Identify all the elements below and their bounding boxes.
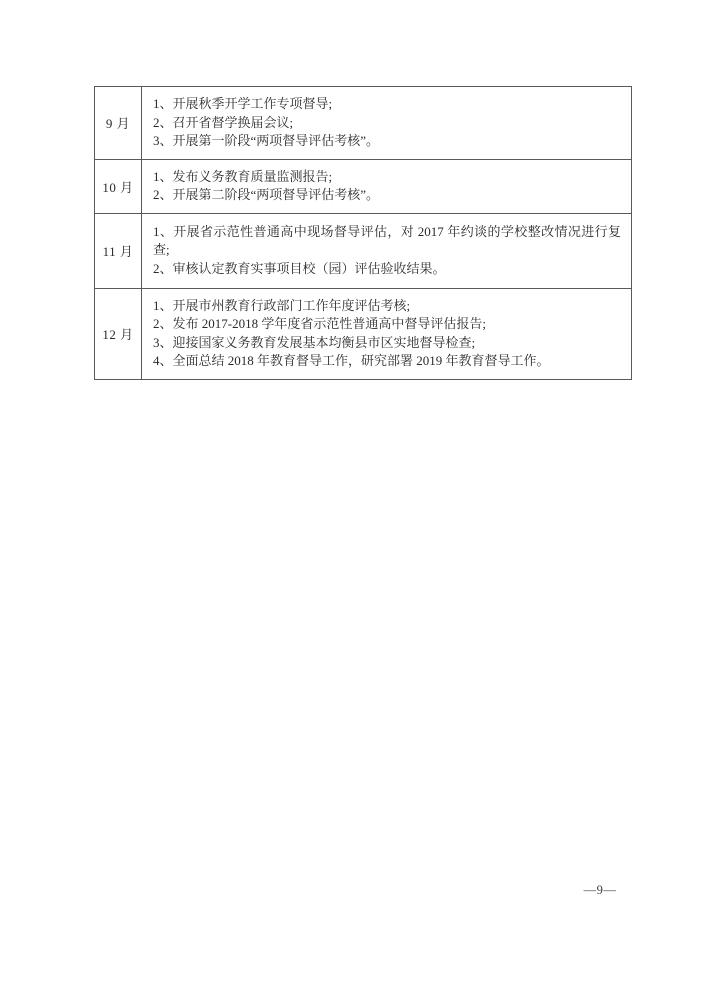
- task-item: 1、发布义务教育质量监测报告;: [153, 168, 621, 187]
- task-item: 1、开展省示范性普通高中现场督导评估，对 2017 年约谈的学校整改情况进行复查…: [153, 223, 621, 260]
- month-cell: 11 月: [95, 213, 142, 288]
- footer-page-number: —9—: [560, 883, 640, 898]
- table-row: 9 月1、开展秋季开学工作专项督导;2、召开省督学换届会议;3、开展第一阶段“两…: [95, 87, 632, 160]
- month-cell: 12 月: [95, 288, 142, 379]
- table-row: 11 月1、开展省示范性普通高中现场督导评估，对 2017 年约谈的学校整改情况…: [95, 213, 632, 288]
- task-item: 1、开展市州教育行政部门工作年度评估考核;: [153, 297, 621, 316]
- task-item: 2、审核认定教育实事项目校（园）评估验收结果。: [153, 260, 621, 279]
- tasks-cell: 1、发布义务教育质量监测报告;2、开展第二阶段“两项督导评估考核”。: [142, 159, 632, 213]
- monthly-schedule-table: 9 月1、开展秋季开学工作专项督导;2、召开省督学换届会议;3、开展第一阶段“两…: [94, 86, 632, 380]
- month-cell: 9 月: [95, 87, 142, 160]
- task-item: 1、开展秋季开学工作专项督导;: [153, 95, 621, 114]
- month-cell: 10 月: [95, 159, 142, 213]
- table-row: 12 月1、开展市州教育行政部门工作年度评估考核;2、发布 2017-2018 …: [95, 288, 632, 379]
- tasks-cell: 1、开展秋季开学工作专项督导;2、召开省督学换届会议;3、开展第一阶段“两项督导…: [142, 87, 632, 160]
- task-item: 2、召开省督学换届会议;: [153, 114, 621, 133]
- tasks-cell: 1、开展省示范性普通高中现场督导评估，对 2017 年约谈的学校整改情况进行复查…: [142, 213, 632, 288]
- schedule-table-body: 9 月1、开展秋季开学工作专项督导;2、召开省督学换届会议;3、开展第一阶段“两…: [95, 87, 632, 380]
- table-row: 10 月1、发布义务教育质量监测报告;2、开展第二阶段“两项督导评估考核”。: [95, 159, 632, 213]
- task-item: 2、发布 2017-2018 学年度省示范性普通高中督导评估报告;: [153, 315, 621, 334]
- task-item: 2、开展第二阶段“两项督导评估考核”。: [153, 186, 621, 205]
- document-page: 9 月1、开展秋季开学工作专项督导;2、召开省督学换届会议;3、开展第一阶段“两…: [0, 0, 707, 1000]
- task-item: 4、全面总结 2018 年教育督导工作，研究部署 2019 年教育督导工作。: [153, 352, 621, 371]
- task-item: 3、开展第一阶段“两项督导评估考核”。: [153, 132, 621, 151]
- task-item: 3、迎接国家义务教育发展基本均衡县市区实地督导检查;: [153, 334, 621, 353]
- tasks-cell: 1、开展市州教育行政部门工作年度评估考核;2、发布 2017-2018 学年度省…: [142, 288, 632, 379]
